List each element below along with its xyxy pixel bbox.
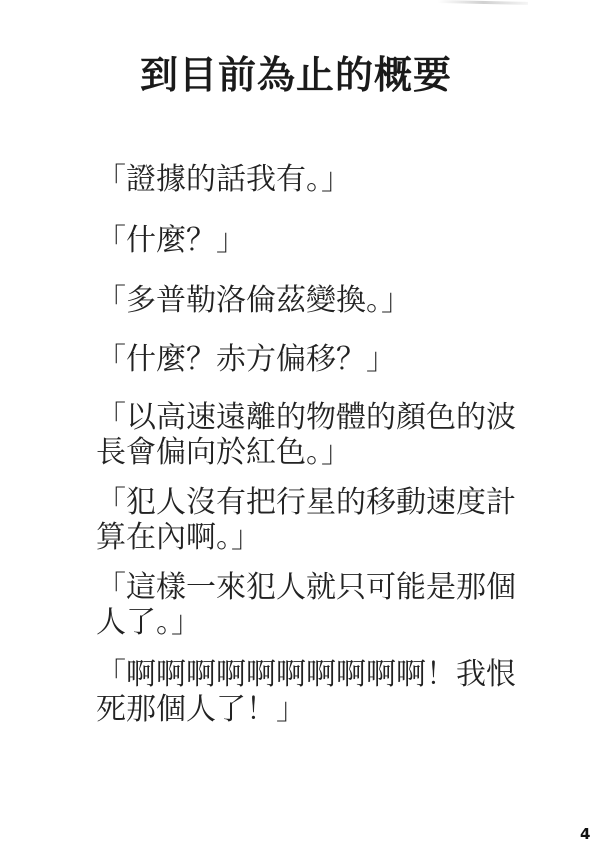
dialogue-line: 「多普勒洛倫茲變換。」	[96, 283, 548, 318]
page-title: 到目前為止的概要	[0, 52, 592, 98]
dialogue-line: 「這樣一來犯人就只可能是那個 人了。」	[96, 570, 548, 640]
dialogue-line: 「證據的話我有。」	[96, 162, 548, 197]
dialogue-line: 「犯人沒有把行星的移動速度計 算在內啊。」	[96, 485, 548, 555]
dialogue-line: 「啊啊啊啊啊啊啊啊啊啊！我恨 死那個人了！」	[96, 657, 548, 727]
scanned-page: 到目前為止的概要 「證據的話我有。」 「什麼？」 「多普勒洛倫茲變換。」 「什麼…	[0, 0, 592, 850]
dialogue-line: 「什麼？」	[96, 223, 548, 258]
dialogue-line: 「什麼？赤方偏移？」	[96, 342, 548, 377]
dialogue-line: 「以高速遠離的物體的顏色的波 長會偏向於紅色。」	[96, 400, 548, 470]
scan-edge-artifact	[438, 0, 528, 5]
page-number: 4	[580, 827, 590, 842]
